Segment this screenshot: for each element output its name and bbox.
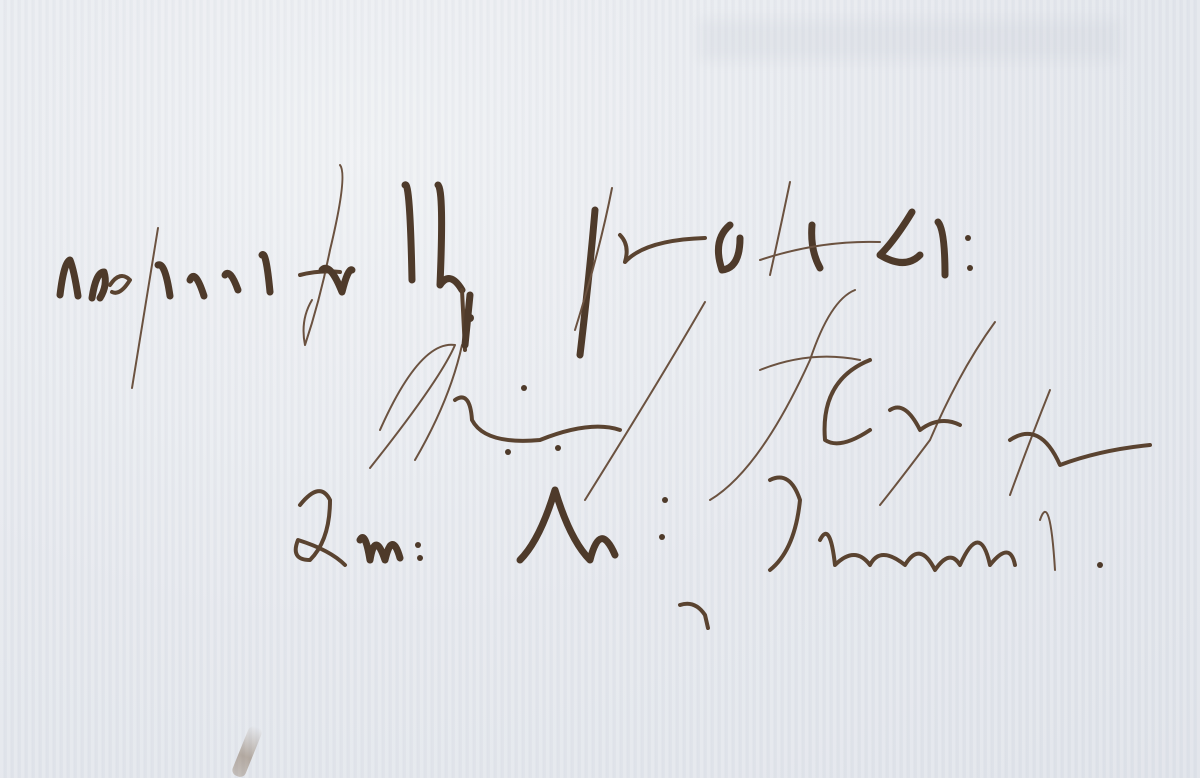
closing-text: respectfully, (50, 230, 421, 300)
title-text: Qm: Mr: General. (285, 490, 767, 553)
signature-text: Th. S. Jesup (370, 330, 912, 435)
document-page: respectfully, Yr obt st: Th. S. Jesup Qm… (0, 0, 1200, 778)
servant-text: Yr obt st: (575, 225, 827, 288)
